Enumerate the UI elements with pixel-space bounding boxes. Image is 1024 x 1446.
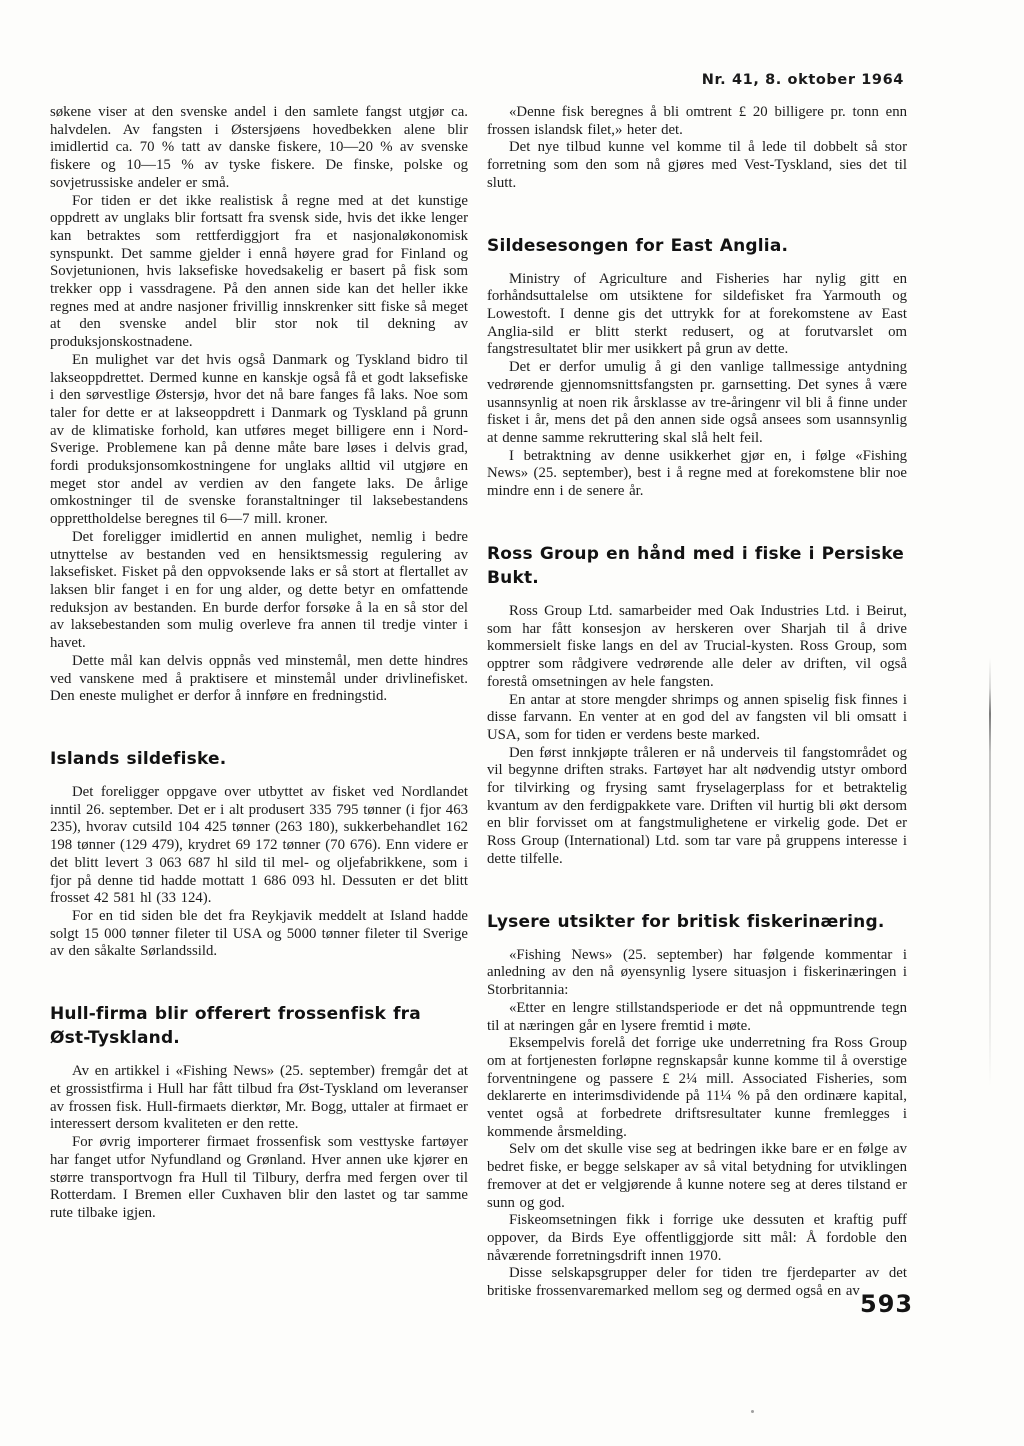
body-paragraph: For øvrig importerer firmaet frossenfisk… bbox=[50, 1134, 468, 1223]
issue-date-header: Nr. 41, 8. oktober 1964 bbox=[702, 72, 904, 88]
right-column: «Denne fisk beregnes å bli omtrent £ 20 … bbox=[487, 104, 907, 1301]
journal-page: Nr. 41, 8. oktober 1964 søkene viser at … bbox=[0, 0, 1024, 1446]
heading-islands-sildefiske: Islands sildefiske. bbox=[50, 747, 468, 771]
body-paragraph: Eksempelvis forelå det forrige uke under… bbox=[487, 1035, 907, 1141]
body-paragraph: Ross Group Ltd. samarbeider med Oak Indu… bbox=[487, 603, 907, 692]
body-paragraph: Selv om det skulle vise seg at bedringen… bbox=[487, 1141, 907, 1212]
body-paragraph: I betraktning av denne usikkerhet gjør e… bbox=[487, 448, 907, 501]
body-paragraph: Det foreligger oppgave over utbyttet av … bbox=[50, 784, 468, 908]
text-columns: søkene viser at den svenske andel i den … bbox=[50, 104, 907, 1301]
body-paragraph: «Denne fisk beregnes å bli omtrent £ 20 … bbox=[487, 104, 907, 139]
body-paragraph: For tiden er det ikke realistisk å regne… bbox=[50, 193, 468, 352]
body-paragraph: En antar at store mengder shrimps og ann… bbox=[487, 692, 907, 745]
heading-ross-group-persiske-bukt: Ross Group en hånd med i fiske i Persisk… bbox=[487, 542, 907, 590]
left-column: søkene viser at den svenske andel i den … bbox=[50, 104, 468, 1301]
body-paragraph: For en tid siden ble det fra Reykjavik m… bbox=[50, 908, 468, 961]
body-paragraph: Av en artikkel i «Fishing News» (25. sep… bbox=[50, 1063, 468, 1134]
body-paragraph: Dette mål kan delvis oppnås ved minstemå… bbox=[50, 653, 468, 706]
body-paragraph: søkene viser at den svenske andel i den … bbox=[50, 104, 468, 193]
body-paragraph: Den først innkjøpte tråleren er nå under… bbox=[487, 745, 907, 869]
page-number: 593 bbox=[860, 1290, 913, 1318]
body-paragraph: Fiskeomsetningen fikk i forrige uke dess… bbox=[487, 1212, 907, 1265]
heading-hull-firma: Hull-firma blir offerert frossenfisk fra… bbox=[50, 1002, 468, 1050]
body-paragraph: Det foreligger imidlertid en annen mulig… bbox=[50, 529, 468, 653]
scan-fold-line-artifact bbox=[989, 658, 991, 1086]
body-paragraph: Det er derfor umulig å gi den vanlige ta… bbox=[487, 359, 907, 448]
ink-speck-artifact bbox=[751, 1410, 754, 1413]
body-paragraph: Ministry of Agriculture and Fisheries ha… bbox=[487, 271, 907, 360]
body-paragraph: En mulighet var det hvis også Danmark og… bbox=[50, 352, 468, 529]
body-paragraph: «Etter en lengre stillstandsperiode er d… bbox=[487, 1000, 907, 1035]
heading-lysere-utsikter: Lysere utsikter for britisk fiskerinærin… bbox=[487, 910, 907, 934]
body-paragraph: Det nye tilbud kunne vel komme til å led… bbox=[487, 139, 907, 192]
body-paragraph: «Fishing News» (25. september) har følge… bbox=[487, 947, 907, 1000]
heading-sildesesongen-east-anglia: Sildesesongen for East Anglia. bbox=[487, 234, 907, 258]
body-paragraph: Disse selskapsgrupper deler for tiden tr… bbox=[487, 1265, 907, 1300]
